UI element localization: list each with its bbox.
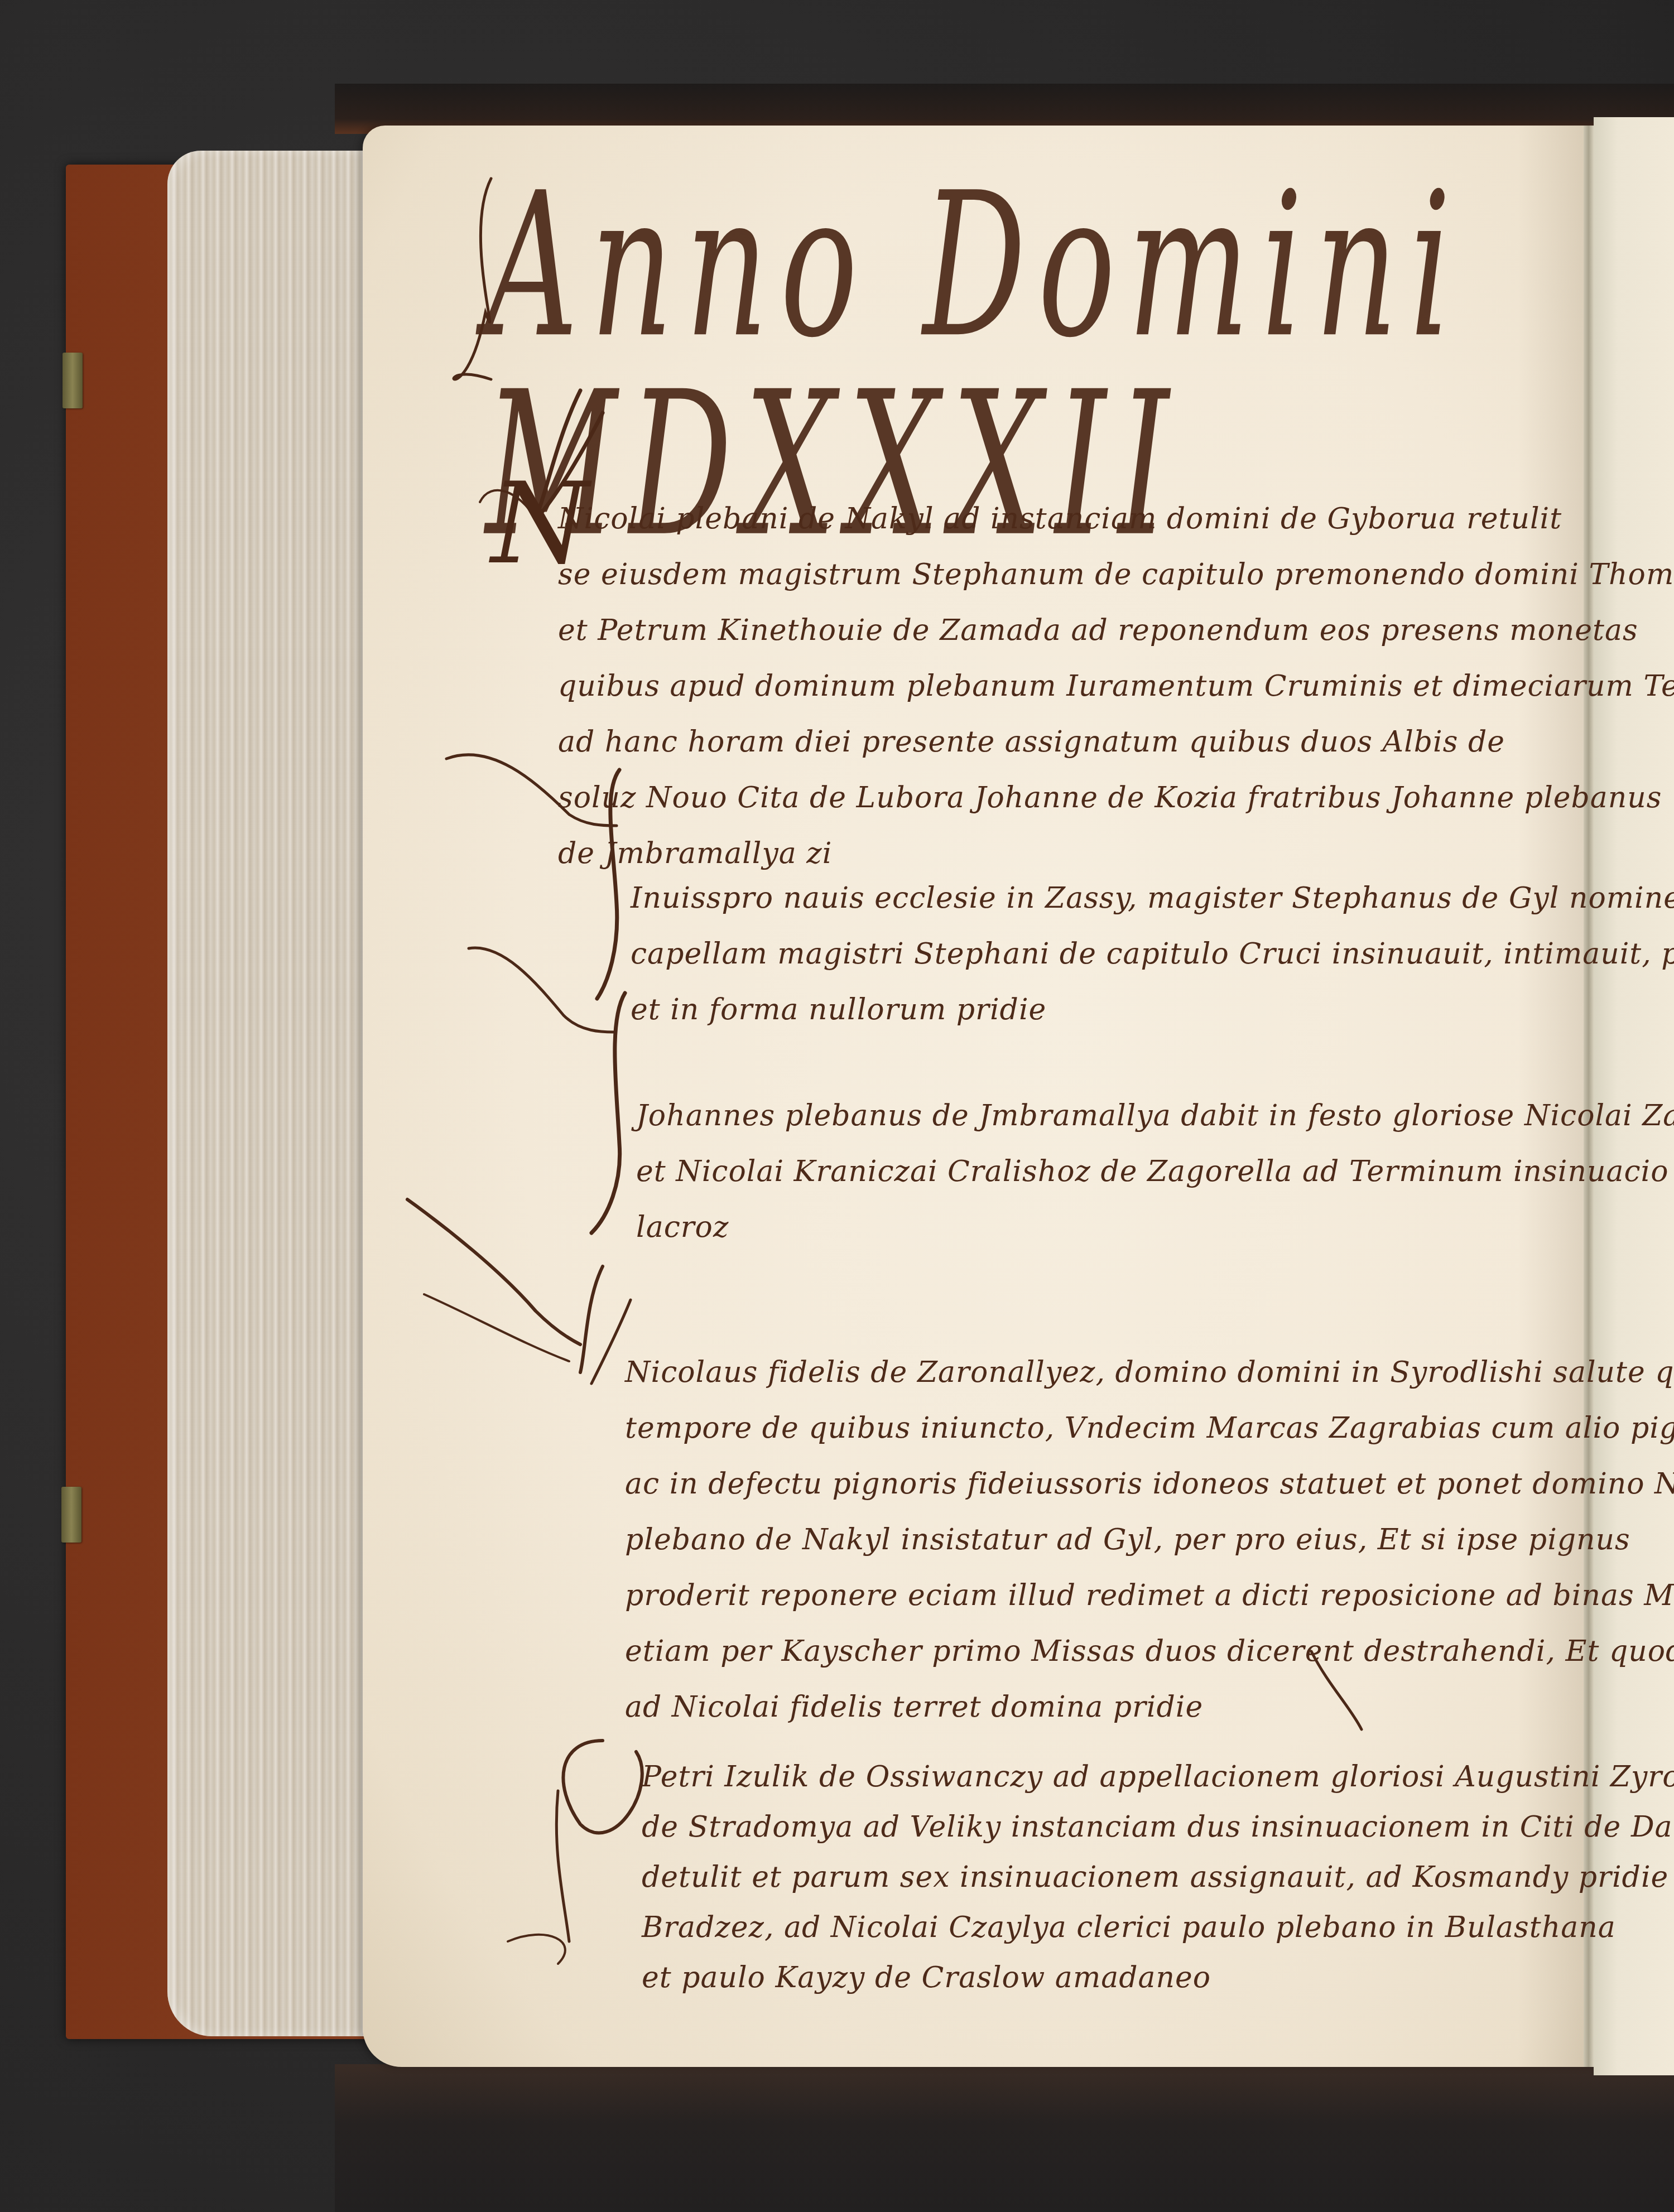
entry-2-line-2: capellam magistri Stephani de capitulo C…: [631, 926, 1579, 982]
entry-3-line-1: Johannes plebanus de Jmbramallya dabit i…: [636, 1088, 1585, 1144]
entry-4-line-4: plebano de Nakyl insistatur ad Gyl, per …: [625, 1512, 1618, 1568]
entry-1-line-3: et Petrum Kinethouie de Zamada ad repone…: [558, 603, 1574, 658]
entry-1-line-2: se eiusdem magistrum Stephanum de capitu…: [558, 547, 1574, 603]
entry-4-line-1: Nicolaus fidelis de Zaronallyez, domino …: [625, 1344, 1618, 1400]
entry-5-line-4: Bradzez, ad Nicolai Czaylya clerici paul…: [642, 1902, 1590, 1953]
entry-5-line-3: detulit et parum sex insinuacionem assig…: [642, 1852, 1590, 1902]
entry-4-lines: Nicolaus fidelis de Zaronallyez, domino …: [625, 1344, 1618, 1735]
entry-1-line-1: Nicolai plebani de Nakyl ad instanciam d…: [558, 491, 1574, 547]
entry-3-line-2: et Nicolai Kraniczai Cralishoz de Zagore…: [636, 1144, 1585, 1199]
entry-1-line-4: quibus apud dominum plebanum Iuramentum …: [558, 658, 1574, 714]
entry-4-line-3: ac in defectu pignoris fideiussoris idon…: [625, 1456, 1618, 1512]
entry-3-lines: Johannes plebanus de Jmbramallya dabit i…: [636, 1088, 1585, 1255]
entry-5-line-5: et paulo Kayzy de Craslow amadaneo: [642, 1953, 1590, 2003]
entry-4-line-6: etiam per Kayscher primo Missas duos dic…: [625, 1623, 1618, 1679]
entry-2-lines: Inuisspro nauis ecclesie in Zassy, magis…: [631, 870, 1579, 1038]
entry-3-line-3: lacroz: [636, 1199, 1585, 1255]
entry-5-lines: Petri Izulik de Ossiwanczy ad appellacio…: [642, 1752, 1590, 2003]
entry-4-line-7: ad Nicolai fidelis terret domina pridie: [625, 1679, 1618, 1735]
entry-1-line-6: soluz Nouo Cita de Lubora Johanne de Koz…: [558, 770, 1574, 826]
entry-5-line-1: Petri Izulik de Ossiwanczy ad appellacio…: [642, 1752, 1590, 1802]
entry-5-line-2: de Stradomya ad Veliky instanciam dus in…: [642, 1802, 1590, 1852]
entry-4-line-5: proderit reponere eciam illud redimet a …: [625, 1568, 1618, 1623]
entry-2-line-1: Inuisspro nauis ecclesie in Zassy, magis…: [631, 870, 1579, 926]
entry-2-line-3: et in forma nullorum pridie: [631, 982, 1579, 1038]
entry-1-lines: Nicolai plebani de Nakyl ad instanciam d…: [558, 491, 1574, 881]
entry-4-line-2: tempore de quibus iniuncto, Vndecim Marc…: [625, 1400, 1618, 1456]
entry-1-line-5: ad hanc horam diei presente assignatum q…: [558, 714, 1574, 770]
